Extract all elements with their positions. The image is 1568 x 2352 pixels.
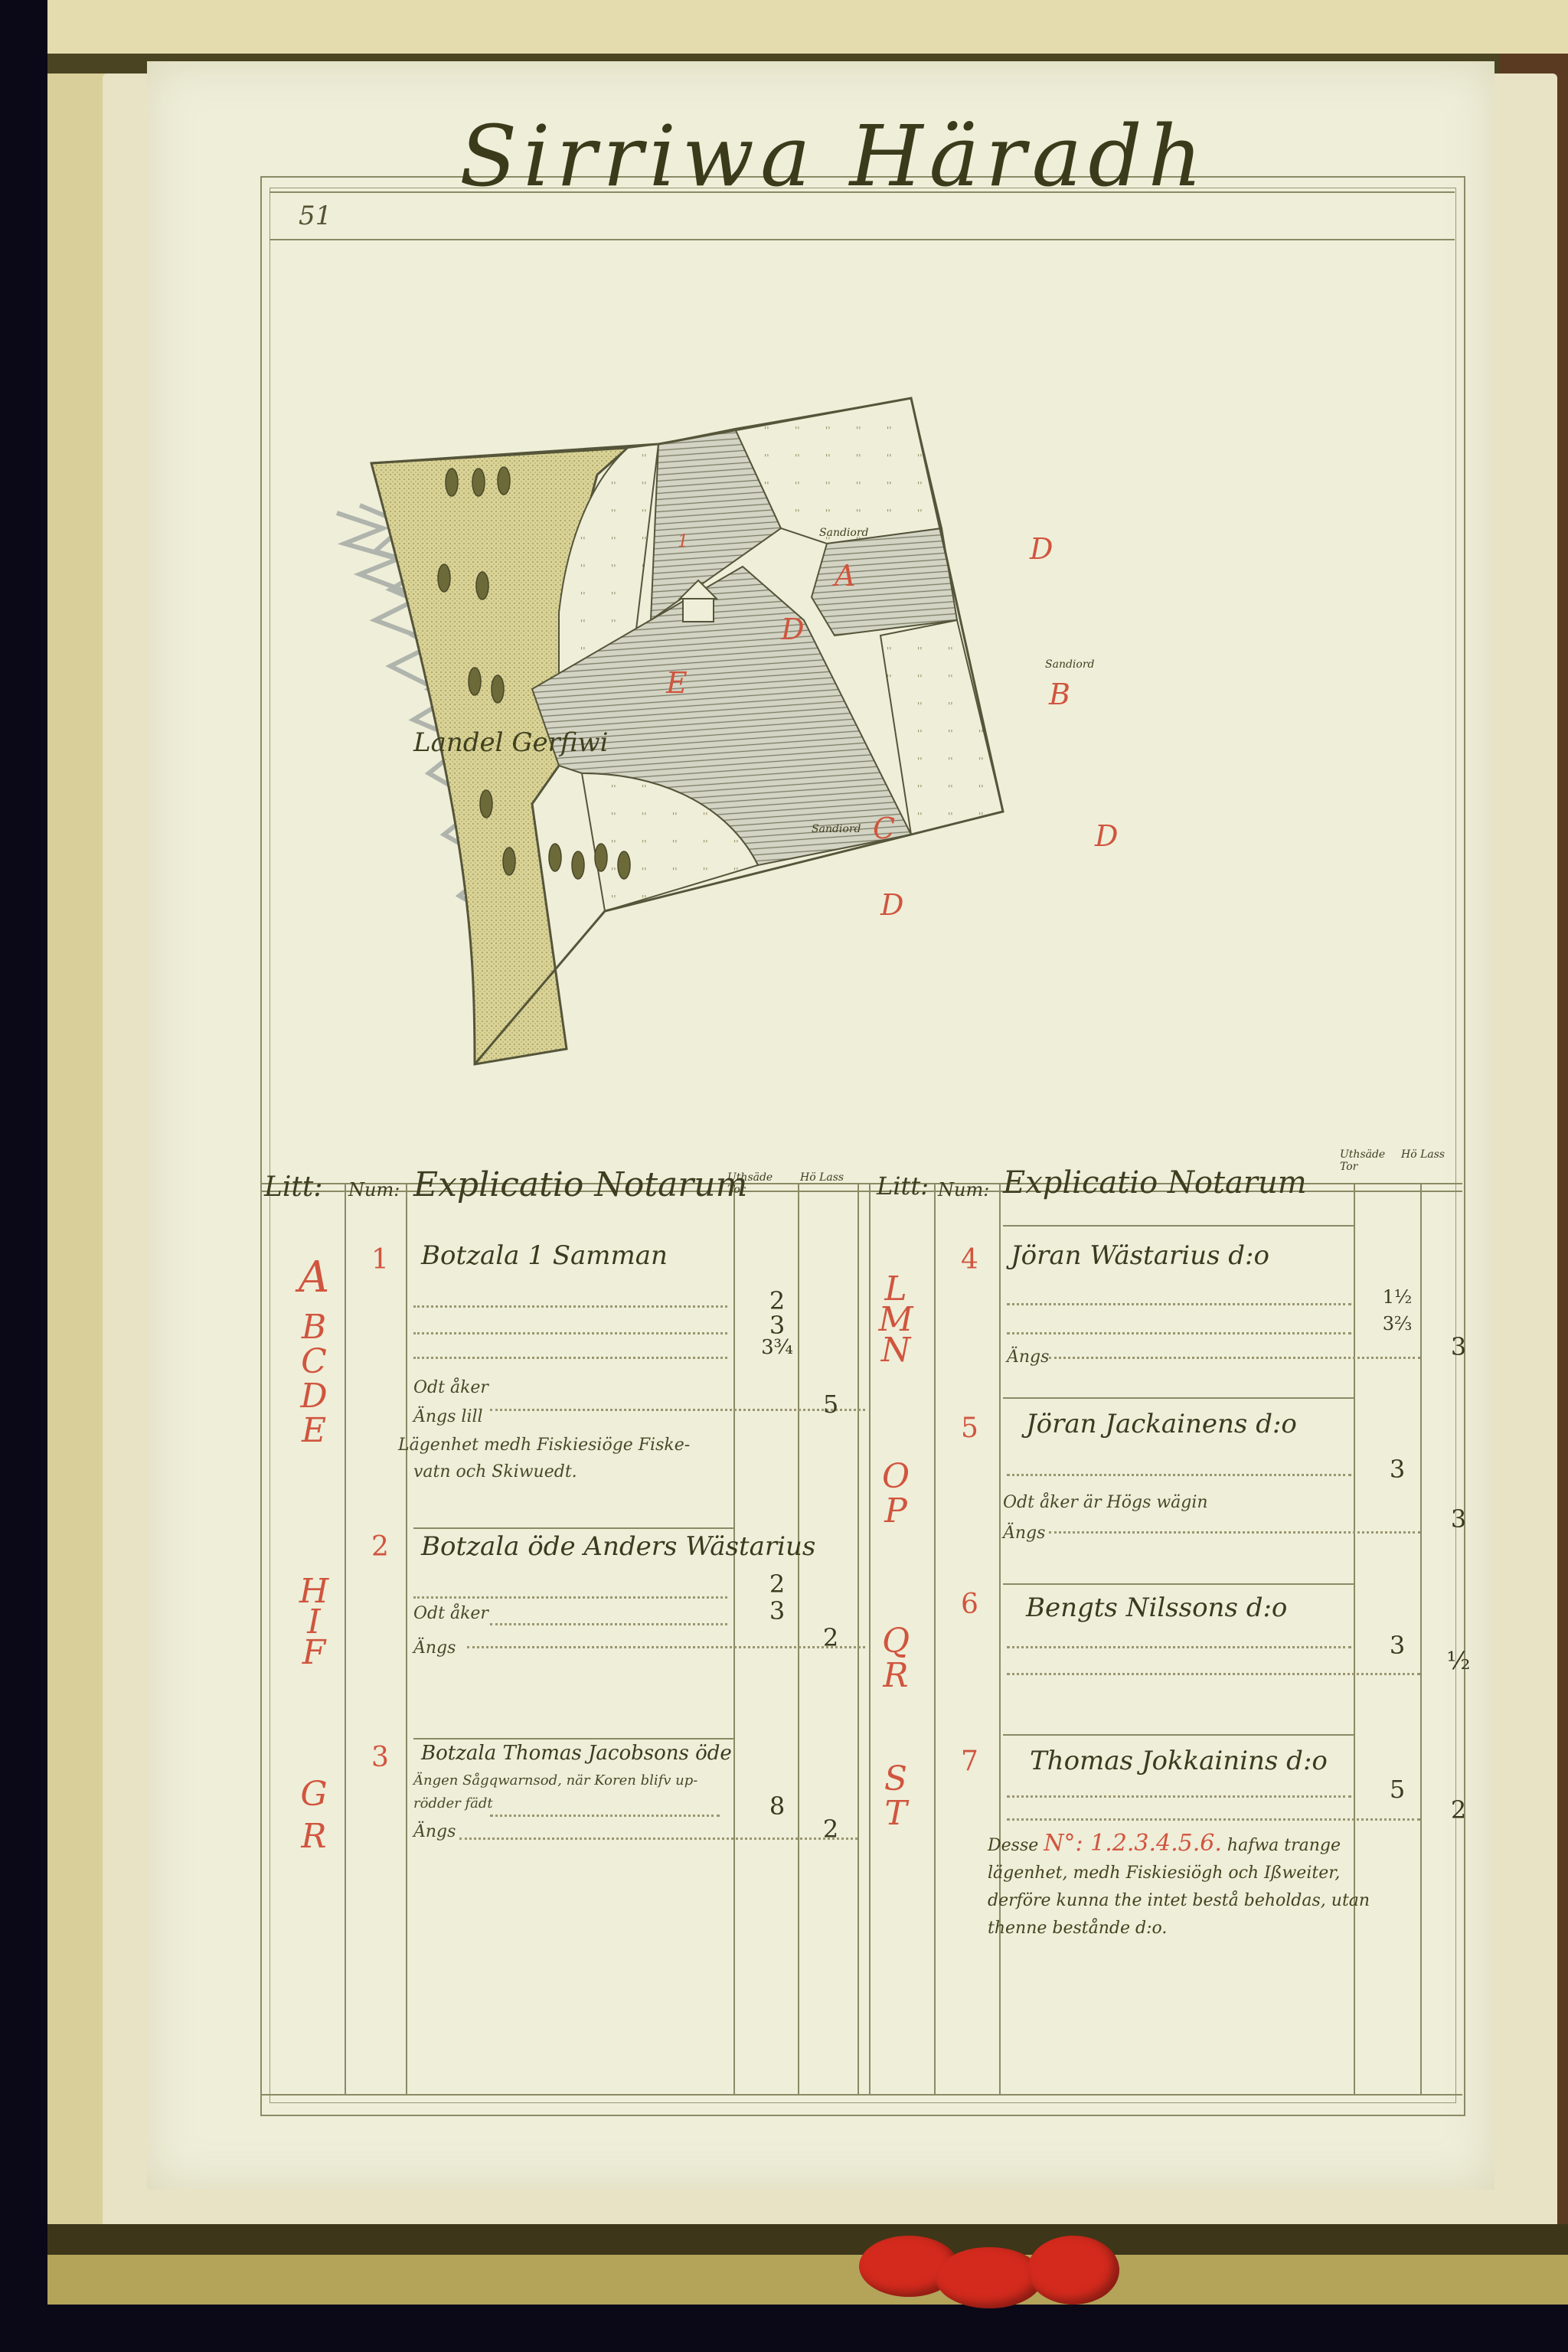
utsade-value: 8 <box>758 1792 796 1821</box>
entry-separator <box>1003 1583 1355 1585</box>
house-number: 1 <box>678 532 688 551</box>
litt-letter: Q <box>873 1623 919 1660</box>
col-divider <box>798 1183 799 2094</box>
dotted-leader <box>1049 1357 1420 1359</box>
entry-separator <box>413 1527 735 1529</box>
dotted-leader <box>413 1332 727 1334</box>
cadastral-map: '' <box>329 390 1248 1080</box>
entry-separator <box>413 1738 735 1739</box>
dotted-leader <box>413 1305 727 1308</box>
field-letter-b: B <box>1049 678 1070 711</box>
col-divider <box>857 1183 859 2094</box>
col-divider <box>1420 1183 1422 2094</box>
dotted-leader <box>1007 1303 1351 1305</box>
ho-value: ½ <box>1439 1646 1478 1675</box>
page-number: 51 <box>299 201 332 231</box>
col-divider <box>406 1183 407 2094</box>
entry-separator <box>1003 1397 1355 1399</box>
entry-line: Odt åker <box>413 1604 488 1623</box>
field-caption-b: Sandiord <box>1045 658 1094 671</box>
dotted-leader <box>1007 1673 1420 1675</box>
col-divider <box>869 1183 871 2094</box>
litt-letter: G <box>291 1776 337 1813</box>
field-letter-c: C <box>873 812 895 845</box>
entry-number: 6 <box>961 1589 978 1620</box>
field-letter-d: D <box>1095 819 1118 853</box>
dotted-leader <box>467 1646 865 1648</box>
litt-letter: B <box>291 1309 337 1346</box>
ho-value: 3 <box>1439 1332 1478 1361</box>
entry-number: 1 <box>371 1244 389 1276</box>
note-numbers: N°: 1.2.3.4.5.6. <box>1044 1830 1222 1857</box>
entry-number: 7 <box>961 1746 978 1777</box>
dotted-leader <box>459 1837 857 1840</box>
ho-value: 2 <box>812 1623 850 1652</box>
entry-line: Lägenhet medh Fiskiesiöge Fiske- <box>398 1436 690 1455</box>
field-B <box>812 528 957 635</box>
ho-value: 2 <box>1439 1795 1478 1824</box>
field-letter-e: E <box>666 666 688 700</box>
utsade-value: 3 <box>758 1596 796 1625</box>
utsade-value: 3⅔ <box>1378 1313 1416 1334</box>
entry-number: 3 <box>371 1742 389 1773</box>
field-letter-d: D <box>781 612 804 646</box>
note-prefix: Desse <box>988 1836 1038 1855</box>
entry-number: 2 <box>371 1531 389 1563</box>
litt-letter: D <box>291 1378 337 1415</box>
litt-letter: C <box>291 1344 337 1380</box>
field-letter-d: D <box>1030 532 1053 566</box>
utsade-value: 1½ <box>1378 1286 1416 1308</box>
entry-line: Ängs <box>1003 1524 1045 1543</box>
litt-letter: T <box>873 1795 919 1832</box>
utsade-value: 3 <box>1378 1631 1416 1660</box>
entry-line: Ängs <box>1007 1347 1049 1367</box>
header-utsade: Uthsäde Tor <box>727 1171 789 1196</box>
litt-letter: N <box>873 1332 919 1369</box>
field-caption-c: Sandiord <box>812 823 861 835</box>
dotted-leader <box>413 1596 727 1599</box>
dotted-leader <box>1007 1474 1351 1476</box>
utsade-value: 3 <box>1378 1455 1416 1484</box>
entry-name: Thomas Jokkainins d:o <box>1030 1746 1328 1776</box>
litt-letter: P <box>873 1493 919 1530</box>
litt-letter: O <box>873 1459 919 1495</box>
red-seal-icon <box>1027 2236 1119 2305</box>
book-bottom-edge <box>47 2224 1568 2255</box>
ho-value: 2 <box>812 1815 850 1844</box>
col-divider <box>999 1183 1001 2094</box>
dotted-leader <box>1007 1795 1351 1798</box>
col-divider <box>733 1183 735 2094</box>
dotted-leader <box>1007 1818 1420 1821</box>
entry-separator <box>1003 1225 1355 1227</box>
header-ho: Hö Lass <box>800 1171 854 1184</box>
header-litt: Litt: <box>877 1171 929 1200</box>
entry-separator <box>1003 1734 1355 1736</box>
litt-letter: F <box>291 1635 337 1671</box>
entry-name: Jöran Jackainens d:o <box>1026 1409 1297 1439</box>
entry-name: Botzala Thomas Jacobsons öde <box>421 1742 732 1765</box>
page-title: Sirriwa Häradh <box>459 107 1209 205</box>
col-divider <box>1354 1183 1355 2094</box>
ho-value: 5 <box>812 1390 850 1419</box>
litt-letter: A <box>291 1259 337 1296</box>
dotted-leader <box>490 1623 727 1625</box>
entry-name: Botzala 1 Samman <box>421 1240 668 1271</box>
litt-letter: E <box>291 1413 337 1449</box>
header-explicatio: Explicatio Notarum <box>1003 1165 1307 1200</box>
header-explicatio: Explicatio Notarum <box>413 1165 747 1204</box>
entry-line: Odt åker <box>413 1378 488 1397</box>
litt-letter: S <box>873 1761 919 1798</box>
entry-name: Botzala öde Anders Wästarius <box>421 1531 815 1562</box>
entry-line: Ängs <box>413 1822 456 1841</box>
header-num: Num: <box>938 1179 989 1200</box>
ho-value: 3 <box>1439 1504 1478 1534</box>
dotted-leader <box>490 1409 865 1411</box>
bottom-strip <box>47 2255 1568 2305</box>
entry-line: Ängs lill <box>413 1407 483 1426</box>
header-num: Num: <box>348 1179 400 1200</box>
header-litt: Litt: <box>264 1171 322 1203</box>
utsade-value: 3¾ <box>758 1336 796 1359</box>
litt-letter: R <box>291 1818 337 1855</box>
dotted-leader <box>490 1815 720 1817</box>
entry-name: Jöran Wästarius d:o <box>1011 1240 1269 1271</box>
dotted-leader <box>413 1357 727 1359</box>
header-ho: Hö Lass <box>1401 1148 1447 1161</box>
field-caption-a: Sandiord <box>819 527 868 539</box>
scan-shelf <box>47 0 1568 54</box>
dotted-leader <box>1049 1531 1420 1534</box>
red-seal-icon <box>936 2247 1043 2308</box>
entry-line: rödder fädt <box>413 1795 493 1811</box>
entry-number: 5 <box>961 1413 978 1444</box>
dotted-leader <box>1007 1646 1351 1648</box>
col-divider <box>934 1183 936 2094</box>
dotted-leader <box>1007 1332 1351 1334</box>
river-label: Landel Gerfiwi <box>413 727 609 758</box>
field-letter-d: D <box>880 888 903 922</box>
entry-line: Ängen Sågqwarnsod, när Koren blifv up- <box>413 1772 697 1788</box>
entry-line: Ängs <box>413 1638 456 1658</box>
utsade-value: 5 <box>1378 1775 1416 1804</box>
litt-letter: R <box>873 1658 919 1694</box>
utsade-value: 2 <box>758 1570 796 1599</box>
entry-line: vatn och Skiwuedt. <box>413 1462 577 1481</box>
closing-note: Desse N°: 1.2.3.4.5.6. hafwa trange läge… <box>988 1830 1370 1942</box>
field-letter-a: A <box>835 559 855 593</box>
entry-name: Bengts Nilssons d:o <box>1026 1592 1287 1623</box>
entry-line: Odt åker är Högs wägin <box>1003 1493 1208 1512</box>
table-bottom-rule <box>260 2094 1462 2096</box>
col-divider <box>345 1183 346 2094</box>
entry-number: 4 <box>961 1244 978 1276</box>
header-utsade: Uthsäde Tor <box>1340 1148 1401 1173</box>
